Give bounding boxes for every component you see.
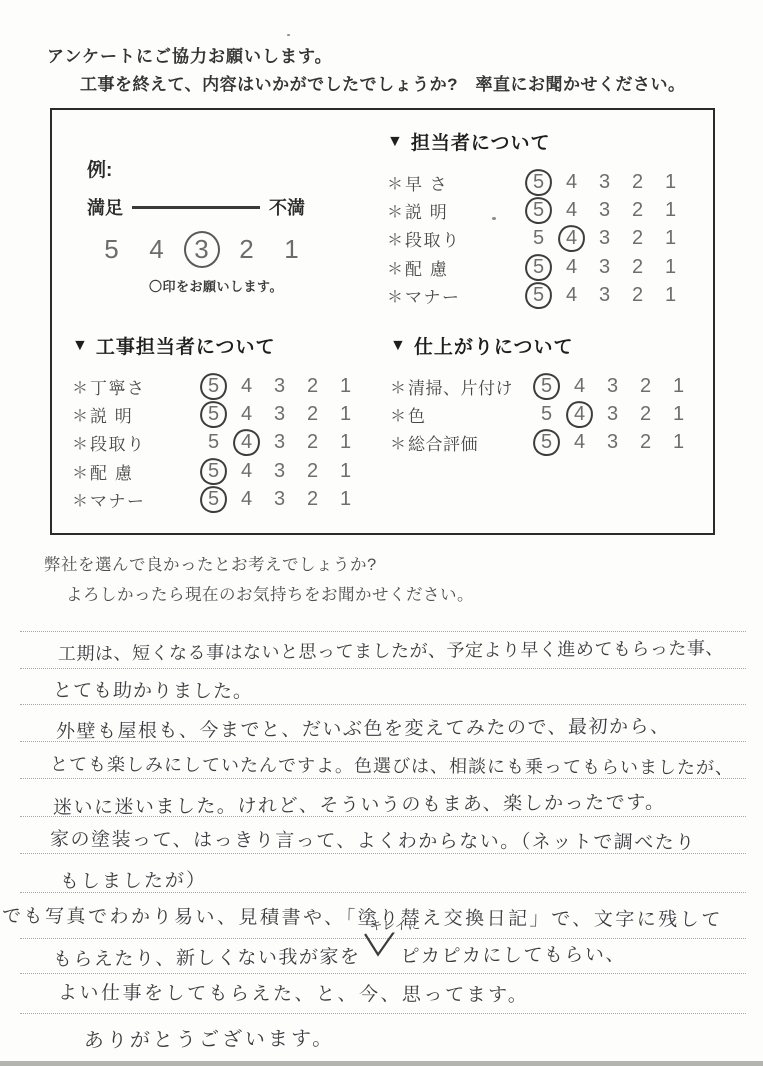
- rating-number: 1: [329, 372, 362, 400]
- hand-drawn-circle: 5: [523, 281, 553, 311]
- example-scale-number: 1: [269, 230, 314, 268]
- question-line-1: 弊社を選んで良かったとお考えでしょうか?: [44, 551, 377, 575]
- asterisk-mark: ＊: [390, 431, 408, 454]
- rating-number: 5: [530, 401, 563, 429]
- rating-number: 5: [197, 429, 230, 457]
- section-title: ▼工事担当者について: [72, 332, 362, 359]
- handwritten-line: ありがとうございます。: [84, 1022, 336, 1053]
- rating-number: 1: [329, 457, 362, 485]
- rating-number: 2: [296, 401, 329, 429]
- rating-number: 1: [654, 253, 687, 281]
- rating-number: 2: [621, 225, 654, 253]
- triangle-marker-icon: ▼: [387, 133, 404, 151]
- section-title: ▼仕上がりについて: [390, 332, 695, 359]
- asterisk-mark: ＊: [72, 431, 90, 454]
- asterisk-mark: ＊: [387, 171, 405, 194]
- circled-rating: 5: [522, 282, 555, 310]
- rating-number: 1: [329, 401, 362, 429]
- handwritten-line: 外壁も屋根も、今までと、だいぶ色を変えてみたので、最初から、: [56, 711, 671, 743]
- section-title-text: 仕上がりについて: [414, 332, 574, 359]
- rating-number: 2: [621, 197, 654, 225]
- hand-drawn-circle: 5: [523, 252, 553, 282]
- example-scale-number: 5: [89, 230, 134, 268]
- rating-number: 2: [621, 168, 654, 196]
- rating-number: 3: [263, 457, 296, 485]
- rating-number: 4: [230, 372, 263, 400]
- asterisk-mark: ＊: [390, 375, 408, 398]
- example-scale-number: 4: [134, 230, 179, 268]
- rating-label: 説 明: [90, 402, 197, 427]
- rating-number: 2: [296, 457, 329, 485]
- section-title-text: 工事担当者について: [96, 332, 276, 359]
- hand-drawn-circle: 5: [198, 485, 228, 515]
- rating-number: 4: [555, 253, 588, 281]
- rating-number: 1: [662, 429, 695, 457]
- ruled-line: [20, 631, 746, 632]
- rating-number: 4: [555, 282, 588, 310]
- asterisk-mark: ＊: [72, 460, 90, 483]
- circled-rating: 4: [230, 429, 263, 457]
- circled-rating: 5: [522, 253, 555, 281]
- rating-number: 3: [588, 282, 621, 310]
- asterisk-mark: ＊: [387, 199, 405, 222]
- rating-number: 1: [654, 197, 687, 225]
- rating-row: ＊色54321: [390, 400, 695, 428]
- example-section: 例: 満足 不満 54321 〇印をお願いします。: [87, 155, 337, 295]
- rating-number: 2: [296, 429, 329, 457]
- rating-label: 配 慮: [90, 459, 197, 484]
- rating-number: 1: [329, 486, 362, 514]
- rating-row: ＊段取り54321: [72, 429, 362, 457]
- circled-rating: 4: [563, 401, 596, 429]
- example-title: 例:: [87, 155, 337, 182]
- rating-number: 1: [654, 282, 687, 310]
- rating-number: 3: [263, 429, 296, 457]
- rating-number: 3: [263, 401, 296, 429]
- survey-subtitle: 工事を終えて、内容はいかがでしたでしょうか? 率直にお聞かせください。: [80, 70, 686, 95]
- rating-number: 2: [621, 253, 654, 281]
- rating-number: 1: [654, 168, 687, 196]
- rating-number: 1: [662, 372, 695, 400]
- rating-row: ＊総合評価54321: [390, 429, 695, 457]
- rating-number: 4: [230, 486, 263, 514]
- rating-number: 2: [296, 372, 329, 400]
- rating-box: 例: 満足 不満 54321 〇印をお願いします。 ▼担当者について＊早 さ54…: [50, 108, 715, 535]
- handwritten-line: とても助かりました。: [53, 675, 254, 703]
- printed-circle: 3: [184, 231, 220, 268]
- asterisk-mark: ＊: [387, 256, 405, 279]
- rating-number: 3: [596, 429, 629, 457]
- rating-number: 3: [588, 168, 621, 196]
- example-scale-labels: 満足 不満: [87, 194, 337, 220]
- rating-row: ＊段取り54321: [387, 225, 687, 253]
- rating-number: 3: [588, 197, 621, 225]
- circled-rating: 5: [197, 401, 230, 429]
- handwritten-line: でも写真でわかり易い、見積書や、「塗り替え交換日記」で、文字に残して: [2, 901, 723, 932]
- hand-drawn-circle: 5: [531, 371, 561, 401]
- hand-drawn-circle: 5: [531, 428, 561, 458]
- ruled-line: [20, 704, 746, 705]
- insertion-above-text: キレイに: [369, 914, 421, 933]
- rating-label: 色: [408, 402, 530, 427]
- rating-section-tantousha: ▼担当者について＊早 さ54321＊説 明54321＊段取り54321＊配 慮5…: [387, 128, 687, 310]
- scan-speck: [287, 34, 290, 36]
- question-line-2: よろしかったら現在のお気持ちをお聞かせください。: [66, 581, 474, 605]
- asterisk-mark: ＊: [387, 227, 405, 250]
- insertion-before-text: もらえたり、新しくない我が家を: [53, 947, 361, 971]
- ruled-line: [20, 1013, 746, 1014]
- circled-rating: 5: [197, 457, 230, 485]
- rating-number: 3: [588, 225, 621, 253]
- example-scale-number: 2: [224, 230, 269, 268]
- hand-drawn-circle: 4: [556, 224, 586, 254]
- asterisk-mark: ＊: [72, 488, 90, 511]
- ruled-line: [20, 973, 746, 974]
- rating-number: 4: [555, 168, 588, 196]
- hand-drawn-circle: 4: [231, 428, 261, 458]
- hand-drawn-circle: 4: [564, 400, 594, 430]
- rating-number: 1: [329, 429, 362, 457]
- satisfied-label: 満足: [87, 194, 123, 220]
- rating-row: ＊マナー54321: [72, 486, 362, 514]
- rating-label: 総合評価: [408, 430, 530, 455]
- rating-label: 段取り: [90, 430, 197, 455]
- rating-label: 配 慮: [405, 255, 522, 280]
- rating-number: 2: [621, 282, 654, 310]
- rating-row: ＊説 明54321: [72, 400, 362, 428]
- handwritten-line: 家の塗装って、はっきり言って、よくわからない。（ネットで調べたり: [50, 824, 696, 854]
- circled-rating: 5: [530, 372, 563, 400]
- rating-row: ＊マナー54321: [387, 282, 687, 310]
- asterisk-mark: ＊: [72, 375, 90, 398]
- asterisk-mark: ＊: [72, 403, 90, 426]
- insertion-after-text: ピカピカにしてもらい、: [400, 944, 626, 967]
- rating-row: ＊配 慮54321: [387, 253, 687, 281]
- rating-section-shiagari: ▼仕上がりについて＊清掃、片付け54321＊色54321＊総合評価54321: [390, 332, 695, 457]
- rating-number: 1: [654, 225, 687, 253]
- rating-row: ＊清掃、片付け54321: [390, 372, 695, 400]
- hand-drawn-circle: 5: [523, 196, 553, 226]
- scanned-survey-page: アンケートにご協力お願いします。 工事を終えて、内容はいかがでしたでしょうか? …: [0, 0, 763, 1066]
- asterisk-mark: ＊: [390, 403, 408, 426]
- circled-rating: 4: [555, 225, 588, 253]
- rating-number: 4: [563, 429, 596, 457]
- asterisk-mark: ＊: [387, 284, 405, 307]
- scale-line: [132, 206, 260, 209]
- circled-rating: 5: [522, 168, 555, 196]
- rating-section-kouji-tantousha: ▼工事担当者について＊丁寧さ54321＊説 明54321＊段取り54321＊配 …: [72, 332, 362, 514]
- handwritten-line: もしましたが）: [60, 865, 208, 893]
- rating-number: 2: [296, 486, 329, 514]
- rating-number: 3: [596, 372, 629, 400]
- circled-rating: 5: [530, 429, 563, 457]
- rating-row: ＊早 さ54321: [387, 168, 687, 196]
- insertion-mark-wrap: キレイに: [360, 940, 401, 966]
- circle-instruction: 〇印をお願いします。: [149, 276, 337, 295]
- insertion-caret-mark: [362, 933, 395, 957]
- rating-label: 段取り: [405, 226, 522, 251]
- rating-number: 3: [263, 486, 296, 514]
- rating-number: 2: [629, 401, 662, 429]
- rating-number: 4: [230, 401, 263, 429]
- survey-title: アンケートにご協力お願いします。: [47, 42, 333, 67]
- rating-number: 2: [629, 372, 662, 400]
- handwritten-line: 迷いに迷いました。けれど、そういうのもまあ、楽しかったです。: [53, 787, 666, 819]
- rating-number: 3: [588, 253, 621, 281]
- hand-drawn-circle: 5: [198, 456, 228, 486]
- section-title: ▼担当者について: [387, 128, 687, 155]
- rating-row: ＊丁寧さ54321: [72, 372, 362, 400]
- triangle-marker-icon: ▼: [390, 337, 407, 355]
- handwritten-line-with-insertion: もらえたり、新しくない我が家をキレイにピカピカにしてもらい、: [53, 938, 627, 971]
- rating-number: 2: [629, 429, 662, 457]
- section-title-text: 担当者について: [411, 128, 551, 155]
- rating-number: 4: [555, 197, 588, 225]
- rating-row: ＊説 明54321: [387, 196, 687, 224]
- rating-label: 早 さ: [405, 170, 522, 195]
- rating-label: マナー: [405, 283, 522, 308]
- rating-number: 4: [230, 457, 263, 485]
- triangle-marker-icon: ▼: [72, 337, 89, 355]
- rating-row: ＊配 慮54321: [72, 457, 362, 485]
- circled-rating: 5: [197, 486, 230, 514]
- handwritten-line: よい仕事をしてもらえた、と、今、思ってます。: [58, 978, 530, 1007]
- example-scale: 54321: [89, 230, 337, 268]
- rating-label: 丁寧さ: [90, 374, 197, 399]
- rating-label: 説 明: [405, 198, 522, 223]
- scan-edge-artifact: [0, 1061, 763, 1066]
- handwritten-line: 工期は、短くなる事はないと思ってましたが、予定より早く進めてもらった事、: [58, 634, 725, 666]
- ruled-line: [20, 668, 746, 669]
- rating-number: 5: [522, 225, 555, 253]
- hand-drawn-circle: 5: [198, 371, 228, 401]
- rating-number: 4: [563, 372, 596, 400]
- dissatisfied-label: 不満: [269, 194, 305, 220]
- scan-speck: [492, 217, 496, 220]
- handwritten-line: とても楽しみにしていたんですよ。色選びは、相談にも乗ってもらいましたが、: [50, 750, 735, 780]
- hand-drawn-circle: 5: [523, 167, 553, 197]
- rating-number: 3: [596, 401, 629, 429]
- rating-number: 1: [662, 401, 695, 429]
- rating-label: 清掃、片付け: [408, 374, 530, 399]
- example-scale-number: 3: [179, 230, 224, 268]
- hand-drawn-circle: 5: [198, 400, 228, 430]
- rating-number: 3: [263, 372, 296, 400]
- circled-rating: 5: [197, 372, 230, 400]
- circled-rating: 5: [522, 197, 555, 225]
- rating-label: マナー: [90, 487, 197, 512]
